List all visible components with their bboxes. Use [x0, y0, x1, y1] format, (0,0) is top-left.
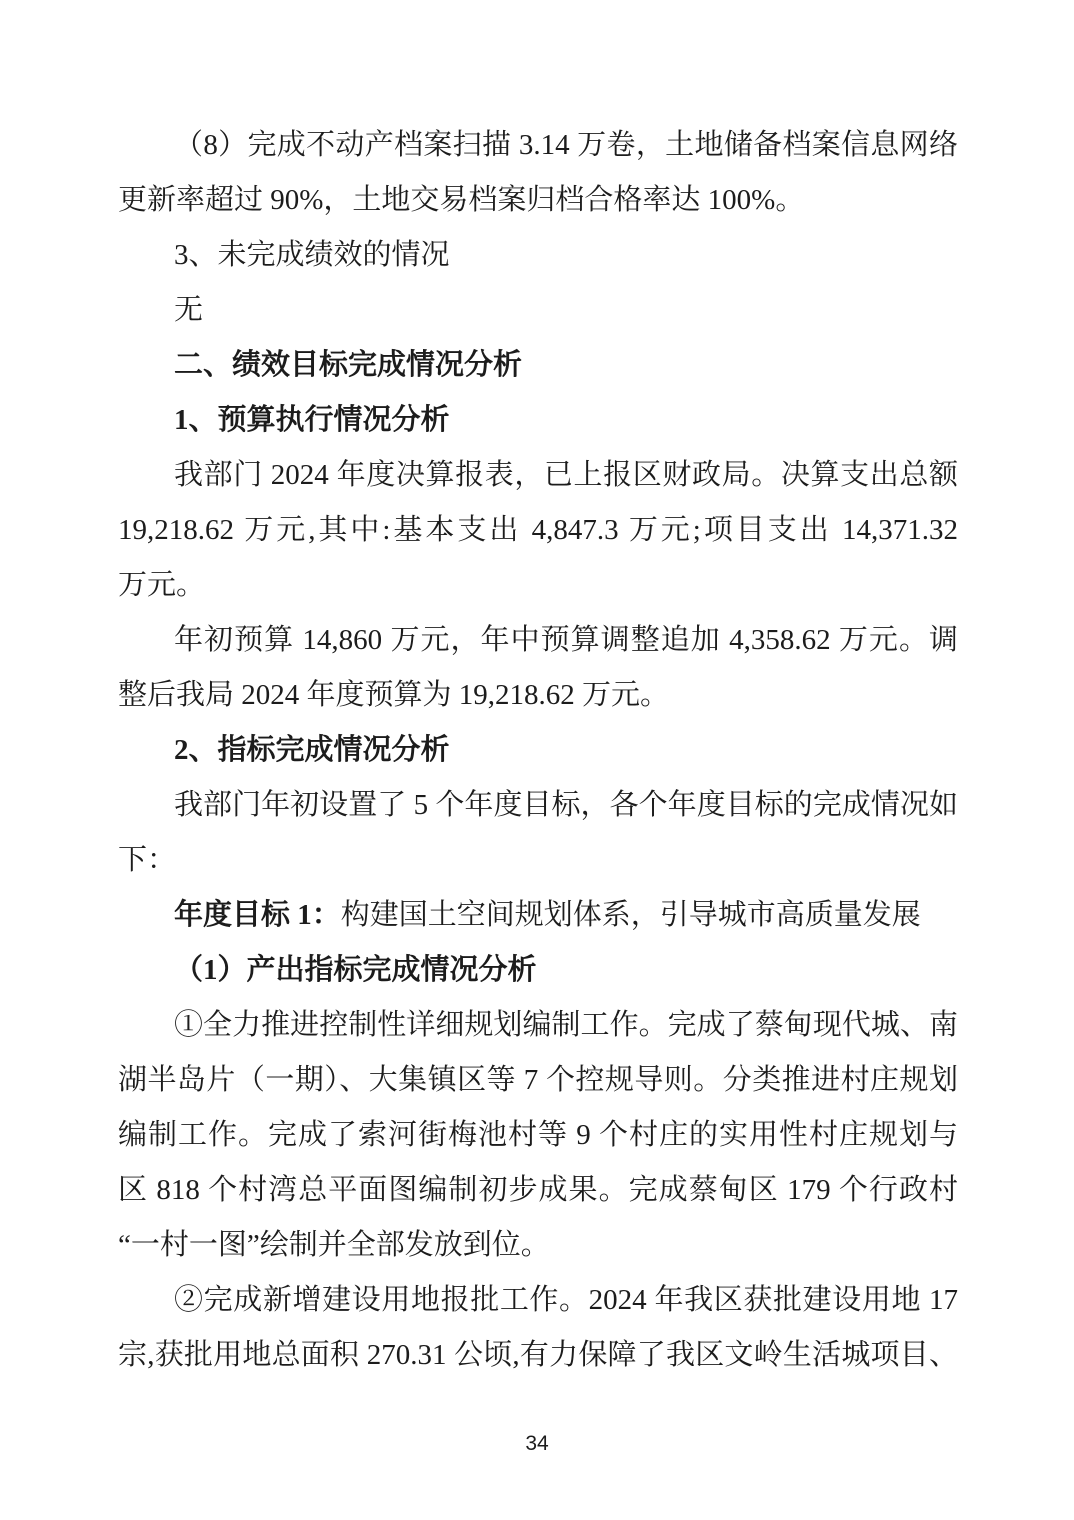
- text-line: 更新率超过 90%，土地交易档案归档合格率达 100%。: [118, 173, 958, 228]
- page-number: 34: [525, 1432, 548, 1455]
- body-text: 我部门年初设置了 5 个年度目标，各个年度目标的完成情况如: [174, 789, 958, 821]
- text-line: 我部门 2024 年度决算报表，已上报区财政局。决算支出总额为: [118, 448, 958, 503]
- text-line: 整后我局 2024 年度预算为 19,218.62 万元。: [118, 668, 958, 723]
- heading-text: 1、预算执行情况分析: [174, 404, 450, 436]
- body-text: ②完成新增建设用地报批工作。2024 年我区获批建设用地 17: [174, 1284, 958, 1316]
- body-text: 无: [174, 294, 203, 326]
- text-line: 1、预算执行情况分析: [118, 393, 958, 448]
- document-page: （8）完成不动产档案扫描 3.14 万卷，土地储备档案信息网络更新率超过 90%…: [0, 0, 1074, 1520]
- document-body: （8）完成不动产档案扫描 3.14 万卷，土地储备档案信息网络更新率超过 90%…: [118, 118, 958, 1383]
- text-line: 年度目标 1：构建国土空间规划体系，引导城市高质量发展: [118, 888, 958, 943]
- body-text: 整后我局 2024 年度预算为 19,218.62 万元。: [118, 679, 669, 711]
- body-text: 编制工作。完成了索河街梅池村等 9 个村庄的实用性村庄规划与全: [118, 1119, 958, 1163]
- body-text: 万元。: [118, 569, 205, 601]
- text-line: （1）产出指标完成情况分析: [118, 943, 958, 998]
- page-footer: 34: [0, 1432, 1074, 1456]
- text-line: 2、指标完成情况分析: [118, 723, 958, 778]
- body-text: 19,218.62 万元,其中:基本支出 4,847.3 万元;项目支出 14,…: [118, 514, 958, 546]
- text-line: 3、未完成绩效的情况: [118, 228, 958, 283]
- text-line: “一村一图”绘制并全部发放到位。: [118, 1218, 958, 1273]
- text-line: 万元。: [118, 558, 958, 613]
- body-text: 宗,获批用地总面积 270.31 公顷,有力保障了我区文岭生活城项目、: [118, 1339, 958, 1371]
- text-line: 湖半岛片（一期）、大集镇区等 7 个控规导则。分类推进村庄规划: [118, 1053, 958, 1108]
- text-line: 编制工作。完成了索河街梅池村等 9 个村庄的实用性村庄规划与全: [118, 1108, 958, 1163]
- text-line: 区 818 个村湾总平面图编制初步成果。完成蔡甸区 179 个行政村的: [118, 1163, 958, 1218]
- text-line: 二、绩效目标完成情况分析: [118, 338, 958, 393]
- heading-text: 2、指标完成情况分析: [174, 734, 450, 766]
- text-line: 无: [118, 283, 958, 338]
- body-text: 下：: [118, 844, 176, 876]
- body-text: 区 818 个村湾总平面图编制初步成果。完成蔡甸区 179 个行政村的: [118, 1174, 958, 1218]
- text-line: 年初预算 14,860 万元，年中预算调整追加 4,358.62 万元。调: [118, 613, 958, 668]
- text-line: （8）完成不动产档案扫描 3.14 万卷，土地储备档案信息网络: [118, 118, 958, 173]
- body-text: “一村一图”绘制并全部发放到位。: [118, 1229, 550, 1261]
- body-text: 3、未完成绩效的情况: [174, 239, 450, 271]
- heading-text: 年度目标 1：: [174, 899, 341, 931]
- text-line: 下：: [118, 833, 958, 888]
- text-line: 19,218.62 万元,其中:基本支出 4,847.3 万元;项目支出 14,…: [118, 503, 958, 558]
- body-text: 更新率超过 90%，土地交易档案归档合格率达 100%。: [118, 184, 804, 216]
- body-text: ①全力推进控制性详细规划编制工作。完成了蔡甸现代城、南: [174, 1009, 958, 1041]
- text-line: ①全力推进控制性详细规划编制工作。完成了蔡甸现代城、南: [118, 998, 958, 1053]
- heading-text: 二、绩效目标完成情况分析: [174, 349, 522, 381]
- heading-text: （1）产出指标完成情况分析: [174, 954, 537, 986]
- body-text: 我部门 2024 年度决算报表，已上报区财政局。决算支出总额为: [174, 459, 958, 503]
- body-text: 年初预算 14,860 万元，年中预算调整追加 4,358.62 万元。调: [174, 624, 958, 656]
- body-text: 湖半岛片（一期）、大集镇区等 7 个控规导则。分类推进村庄规划: [118, 1064, 958, 1096]
- text-line: 我部门年初设置了 5 个年度目标，各个年度目标的完成情况如: [118, 778, 958, 833]
- body-text: 构建国土空间规划体系，引导城市高质量发展: [341, 899, 921, 931]
- text-line: 宗,获批用地总面积 270.31 公顷,有力保障了我区文岭生活城项目、: [118, 1328, 958, 1383]
- body-text: （8）完成不动产档案扫描 3.14 万卷，土地储备档案信息网络: [174, 129, 958, 161]
- text-line: ②完成新增建设用地报批工作。2024 年我区获批建设用地 17: [118, 1273, 958, 1328]
